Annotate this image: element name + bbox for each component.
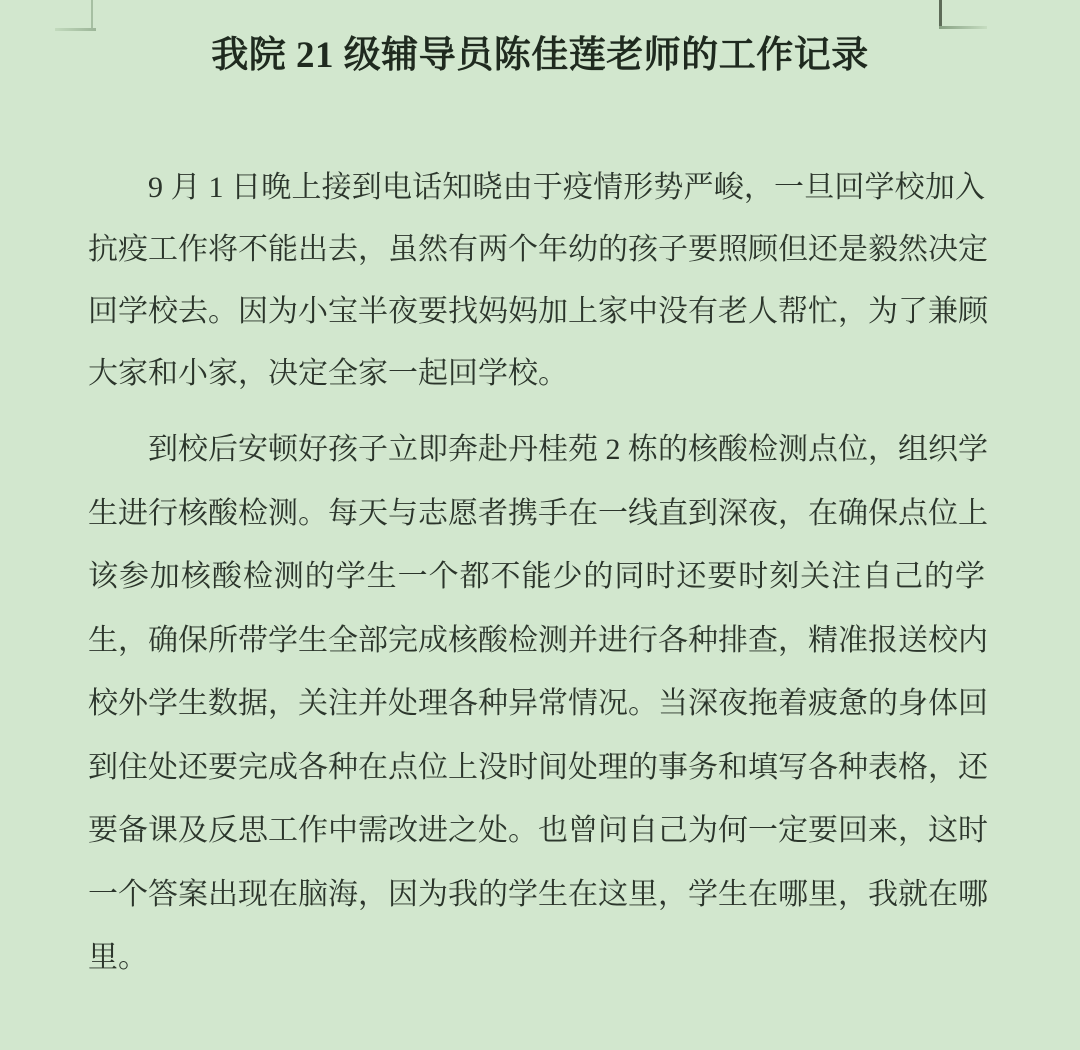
document-title: 我院 21 级辅导员陈佳莲老师的工作记录 xyxy=(0,28,1080,84)
text-line: 一个答案出现在脑海，因为我的学生在这里，学生在哪里，我就在哪 xyxy=(88,863,985,927)
text-line: 9 月 1 日晚上接到电话知晓由于疫情形势严峻，一旦回学校加入 xyxy=(88,157,985,219)
paragraph-2: 到校后安顿好孩子立即奔赴丹桂苑 2 栋的核酸检测点位，组织学 生进行核酸检测。每… xyxy=(88,418,985,990)
document-page: 我院 21 级辅导员陈佳莲老师的工作记录 9 月 1 日晚上接到电话知晓由于疫情… xyxy=(0,0,1080,1050)
text-line: 到校后安顿好孩子立即奔赴丹桂苑 2 栋的核酸检测点位，组织学 xyxy=(88,418,985,482)
text-line: 生，确保所带学生全部完成核酸检测并进行各种排查，精准报送校内 xyxy=(88,609,985,673)
crop-mark-top-right-vertical-icon xyxy=(939,0,942,29)
text-line: 校外学生数据，关注并处理各种异常情况。当深夜拖着疲惫的身体回 xyxy=(88,672,985,736)
text-line: 要备课及反思工作中需改进之处。也曾问自己为何一定要回来，这时 xyxy=(88,799,985,863)
text-line: 生进行核酸检测。每天与志愿者携手在一线直到深夜，在确保点位上 xyxy=(88,482,985,546)
text-line: 到住处还要完成各种在点位上没时间处理的事务和填写各种表格，还 xyxy=(88,736,985,800)
crop-mark-top-left-vertical-icon xyxy=(91,0,93,30)
text-line: 回学校去。因为小宝半夜要找妈妈加上家中没有老人帮忙，为了兼顾 xyxy=(88,281,985,343)
text-line: 大家和小家，决定全家一起回学校。 xyxy=(88,343,985,405)
paragraph-1: 9 月 1 日晚上接到电话知晓由于疫情形势严峻，一旦回学校加入 抗疫工作将不能出… xyxy=(88,157,985,405)
text-line: 里。 xyxy=(88,926,985,990)
text-line: 抗疫工作将不能出去，虽然有两个年幼的孩子要照顾但还是毅然决定 xyxy=(88,219,985,281)
text-line: 该参加核酸检测的学生一个都不能少的同时还要时刻关注自己的学 xyxy=(88,545,985,609)
